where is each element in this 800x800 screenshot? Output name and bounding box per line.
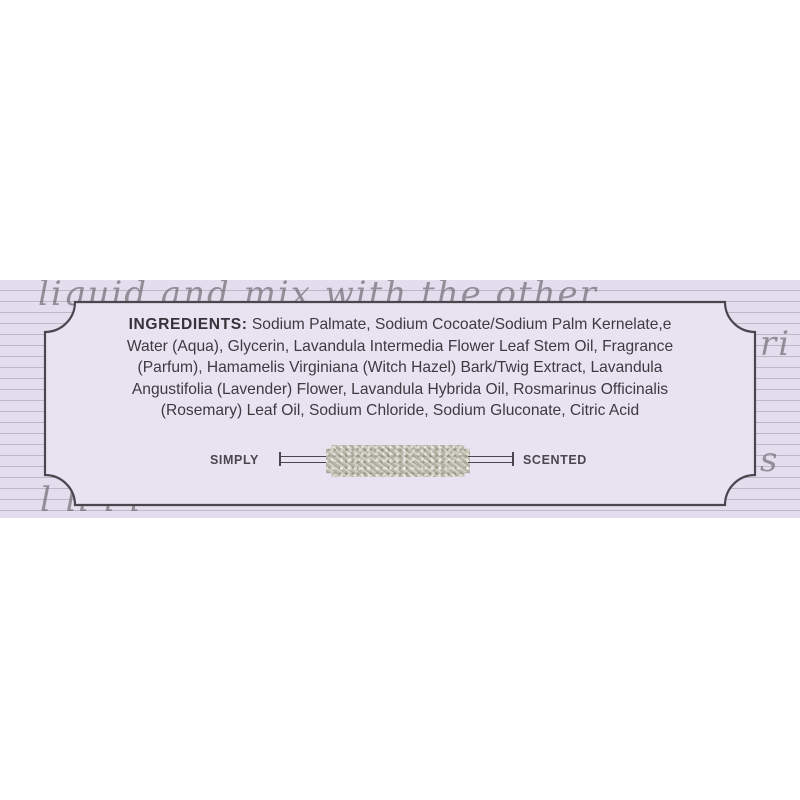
badge-right-word: SCENTED	[523, 453, 587, 467]
rail-end-cap-right	[512, 452, 514, 466]
double-rail-right	[468, 456, 512, 463]
ingredients-line-5: (Rosemary) Leaf Oil, Sodium Chloride, So…	[85, 400, 715, 422]
ingredients-line-2: Water (Aqua), Glycerin, Lavandula Interm…	[85, 336, 715, 358]
silver-foil-plaque	[326, 445, 470, 477]
ingredients-line-1: INGREDIENTS: Sodium Palmate, Sodium Coco…	[85, 314, 715, 336]
ingredients-line-3: (Parfum), Hamamelis Virginiana (Witch Ha…	[85, 357, 715, 379]
soap-label-strip: liquid and mix with the other ri s l ll …	[0, 280, 800, 518]
ingredients-line-4: Angustifolia (Lavender) Flower, Lavandul…	[85, 379, 715, 401]
badge-left-word: SIMPLY	[210, 453, 259, 467]
product-photo: liquid and mix with the other ri s l ll …	[0, 0, 800, 800]
simply-scented-badge: SIMPLY SCENTED	[0, 443, 800, 477]
ingredients-panel: INGREDIENTS: Sodium Palmate, Sodium Coco…	[85, 314, 715, 422]
double-rail-left	[280, 456, 330, 463]
ingredients-text: Sodium Palmate, Sodium Cocoate/Sodium Pa…	[252, 316, 672, 333]
ingredients-heading: INGREDIENTS:	[129, 316, 248, 333]
